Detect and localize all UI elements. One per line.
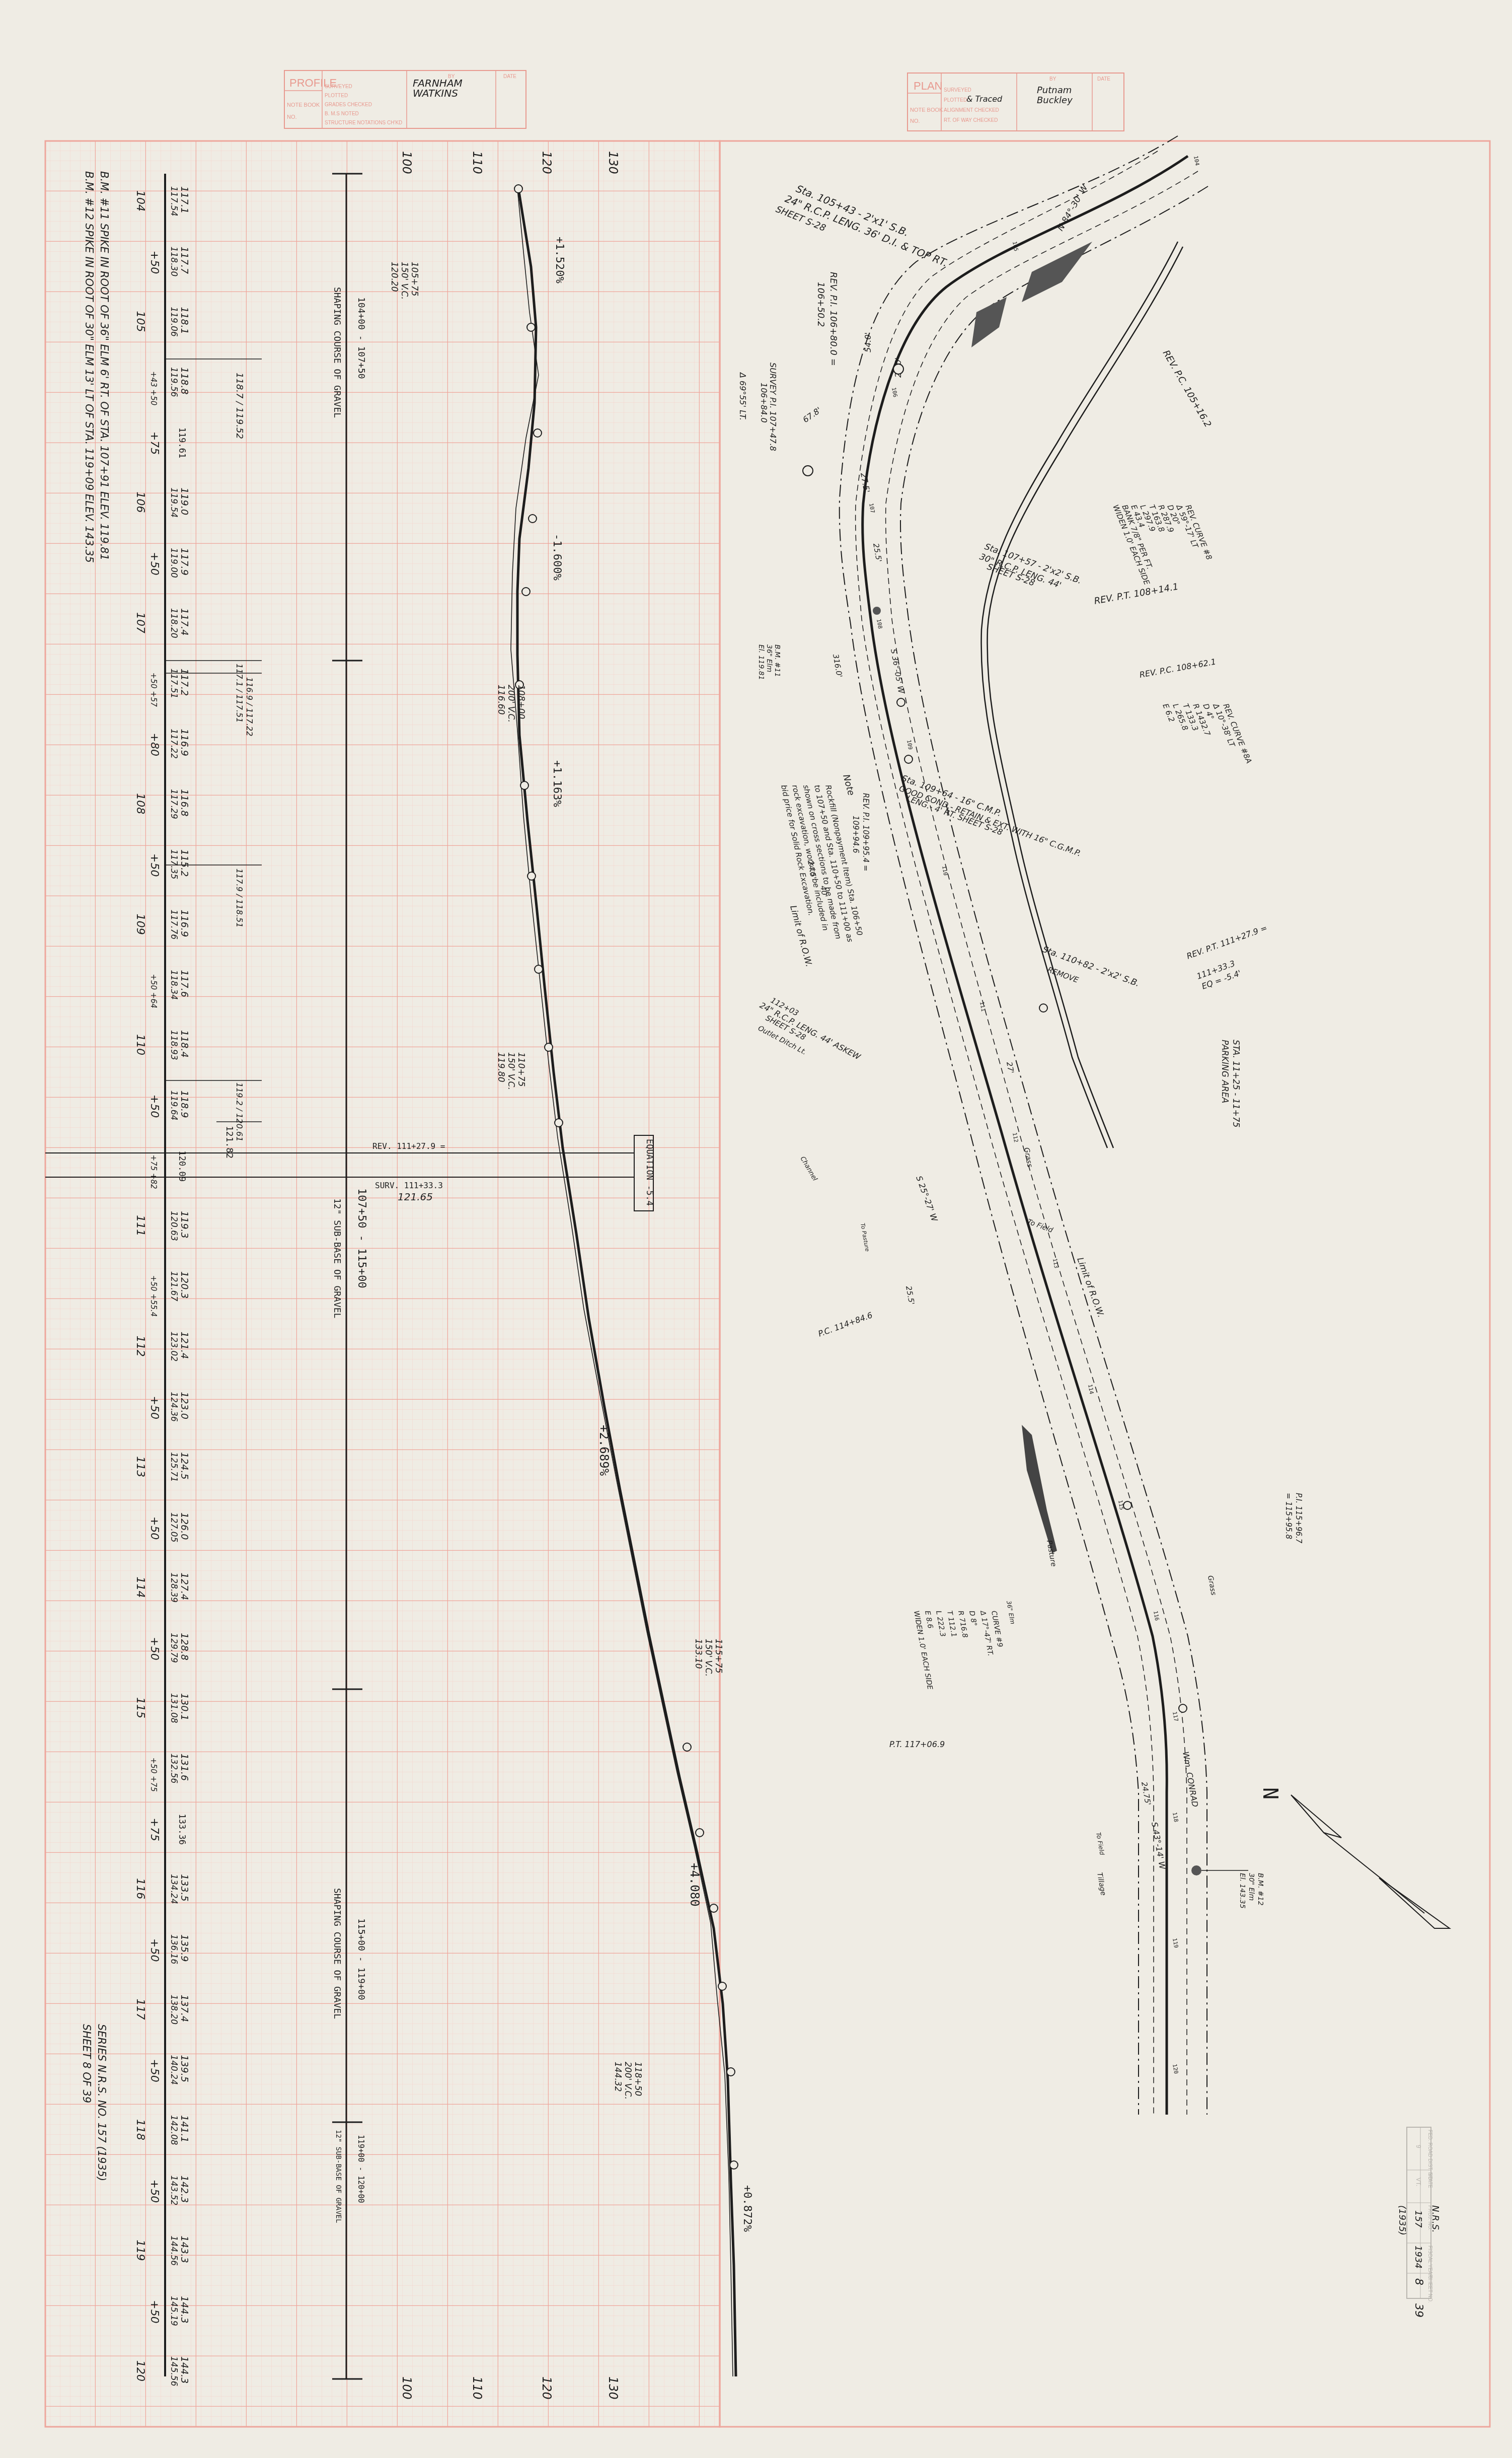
plan-label-rev-pc-105: REV. P.C. 105+16.2 <box>1161 348 1214 429</box>
plan-label-dim-275: 27.5' <box>859 472 872 493</box>
ground-elevation: 118.20 <box>169 608 179 638</box>
plan-label-to-pasture: To Pasture <box>859 1222 871 1252</box>
equation-surv: SURV. 111+33.3 <box>375 1181 443 1190</box>
ground-elevation: 145.19 <box>169 2296 179 2326</box>
bm12-marker <box>1191 1865 1201 1875</box>
grade-elevation: 133.5 <box>179 1874 190 1901</box>
grade-pct-4: +2.689% <box>597 1425 611 1476</box>
svg-text:116.9 / 117.22: 116.9 / 117.22 <box>245 677 254 736</box>
north-arrow: N <box>1258 1787 1450 1928</box>
plan-station-tick: 105 <box>1011 241 1019 252</box>
station-label: +50 <box>148 853 161 877</box>
svg-text:116.60: 116.60 <box>496 685 506 714</box>
ground-elevation: 118.93 <box>169 1030 179 1060</box>
right-row-line <box>900 186 1208 2115</box>
plan-by-header: BY <box>1049 77 1056 82</box>
svg-text:150' V.C.: 150' V.C. <box>399 262 409 300</box>
station-label: 117 <box>134 1999 146 2020</box>
svg-text:8: 8 <box>1412 2278 1425 2285</box>
grade-elevation: 117.2 <box>179 669 190 696</box>
grade-point <box>534 429 542 437</box>
station-label: +50 <box>148 1396 161 1419</box>
ground-elevation: 134.24 <box>169 1874 179 1904</box>
plan-label-pt-117: P.T. 117+06.9 <box>889 1740 945 1749</box>
grade-point <box>730 2161 738 2169</box>
grade-point <box>527 323 535 331</box>
svg-text:130: 130 <box>606 2376 620 2400</box>
series-note: SERIES N.R.S. NO. 157 (1935) <box>96 2024 108 2181</box>
ground-elevation: 129.79 <box>169 1633 179 1662</box>
station-label: 120 <box>134 2360 146 2381</box>
plan-label-rev-pc-108: REV. P.C. 108+62.1 <box>1139 657 1217 679</box>
left-edge-line <box>856 151 1158 2115</box>
plan-block-bm12-box: 30" Elm <box>1247 1873 1255 1901</box>
ground-elevation: 138.20 <box>169 1995 179 2025</box>
profile-row-surveyed: SURVEYED <box>325 84 352 90</box>
ground-elevation: 128.39 <box>169 1573 179 1603</box>
pt-117-point <box>1179 1704 1187 1712</box>
station-label: +50 <box>148 1938 161 1962</box>
station-label: +75 +82 <box>149 1155 158 1189</box>
plan-block-bm11-box: B.M. #11 <box>773 644 781 677</box>
station-label: +50 <box>148 2300 161 2323</box>
plan-station-tick: 106 <box>890 387 898 398</box>
ground-elevation: 118.34 <box>169 970 179 999</box>
plan-block-curve9: E 8.6 <box>923 1610 934 1629</box>
profile-title-block: PROFILE NOTE BOOK NO. BY DATE SURVEYED P… <box>284 70 526 128</box>
grade-point <box>555 1119 563 1127</box>
ground-elevation: 140.24 <box>169 2055 179 2084</box>
grade-point <box>727 2068 735 2076</box>
grade-pct-6: +0.872% <box>741 2185 753 2232</box>
svg-text:120.20: 120.20 <box>389 262 399 292</box>
surfacing-1-range: 104+00 - 107+50 <box>356 297 366 379</box>
ground-elevation: 120.63 <box>169 1211 179 1241</box>
drawing-sheet: PROFILE NOTE BOOK NO. BY DATE SURVEYED P… <box>0 0 1512 2458</box>
plan-station-tick: 107 <box>868 502 876 514</box>
surfacing-4-desc: 12" SUB-BASE OF GRAVEL <box>334 2130 342 2223</box>
ground-elevation: 119.64 <box>169 1091 179 1120</box>
plan-label-limit-row2: Limit of R.O.W. <box>1075 1256 1106 1319</box>
station-label: +43 +50 <box>149 371 158 405</box>
grade-elevation: 117.6 <box>179 970 190 997</box>
svg-text:117.1 / 117.51: 117.1 / 117.51 <box>235 664 244 722</box>
plan-row-alignment: ALIGNMENT CHECKED <box>944 108 999 113</box>
plan-block-curve9: L 222.3 <box>934 1610 947 1637</box>
station-label: 118 <box>134 2119 146 2140</box>
plan-label-survey-pi-c: Δ 69°55' LT. <box>738 372 747 420</box>
svg-text:110: 110 <box>470 2376 484 2400</box>
surfacing-4-range: 119+00 - 120+00 <box>356 2135 365 2203</box>
ground-elevation: 119.61 <box>177 427 187 458</box>
rock-outcrop-1 <box>1022 242 1092 302</box>
plan-label-dim-255b: 25.5' <box>904 1285 916 1306</box>
plan-block-curve9: R 716.8 <box>956 1610 969 1638</box>
plan-label-tillage: Tillage <box>1095 1872 1107 1896</box>
station-label: +50 <box>148 251 161 274</box>
plan-label-grass1: Grass <box>1022 1147 1034 1168</box>
plan-label-sta-109-64b: GOOD COND.- RETAIN & EXT. WITH 16" C.G.M… <box>898 783 1083 858</box>
grade-point <box>545 1043 553 1051</box>
grade-elevation: 116.9 <box>179 910 190 937</box>
grade-point <box>514 185 522 193</box>
grade-elevation: 119.0 <box>179 488 190 515</box>
station-label: 116 <box>134 1878 146 1899</box>
plan-label-rev-pi-109: REV. P.I. 109+95.4 = <box>861 793 870 872</box>
svg-text:(1935): (1935) <box>1397 2205 1407 2235</box>
station-label: 114 <box>134 1577 146 1598</box>
plan-label-dim-27: 27' <box>1005 1061 1016 1074</box>
ground-elevation: 131.08 <box>169 1693 179 1723</box>
station-label: +50 +57 <box>149 673 158 707</box>
fed-road-block: FED. ROAD DIST. NO. STATE PROJ. NO. FISC… <box>1397 2127 1441 2318</box>
plan-traced-note: & Traced <box>966 94 1003 104</box>
plan-station-tick: 119 <box>1171 1937 1179 1948</box>
centerline <box>863 156 1188 2115</box>
svg-text:120: 120 <box>540 2376 554 2400</box>
svg-text:N.R.S.: N.R.S. <box>1430 2205 1441 2233</box>
grade-elevation: 127.4 <box>179 1573 190 1600</box>
equation-label: EQUATION -5.4 <box>644 1139 654 1206</box>
left-row-line <box>840 136 1178 2115</box>
plan-block-bm12-box: El. 143.35 <box>1238 1873 1246 1909</box>
bm12-note: B.M. #12 SPIKE IN ROOT OF 30" ELM 13' LT… <box>83 171 95 563</box>
plan-label-wm-conrad: Wm. CONRAD <box>1181 1751 1200 1808</box>
plan-station-tick: 114 <box>1087 1384 1095 1395</box>
grade-elevation: 139.5 <box>179 2055 190 2082</box>
plan-label-survey-pi: SURVEY P.I. 107+47.8 <box>768 363 778 451</box>
grade-elevation: 116.8 <box>179 789 190 816</box>
ground-elevation: 118.30 <box>169 247 179 276</box>
svg-text:100: 100 <box>400 2376 414 2400</box>
river-bank-2 <box>988 247 1183 1148</box>
equation-elev: 121.65 <box>398 1191 433 1203</box>
grade-elevation: 117.1 <box>179 186 190 213</box>
plan-station-tick: 109 <box>905 739 914 750</box>
svg-text:115+75: 115+75 <box>713 1639 723 1673</box>
plan-station-tick: 108 <box>875 618 883 629</box>
profile-row-plotted: PLOTTED <box>325 93 348 99</box>
station-label: 119 <box>134 2240 146 2261</box>
plan-station-tick: 111 <box>978 1001 987 1012</box>
grade-point <box>522 588 530 596</box>
grade-elevation: 117.7 <box>179 247 190 274</box>
svg-text:150' V.C.: 150' V.C. <box>506 1052 516 1090</box>
plan-section: N Sta. 105+43 - 2'x1' S.B.24" R.C.P. LEN… <box>738 136 1450 2115</box>
grade-point <box>528 515 537 523</box>
bm11-note: B.M. #11 SPIKE IN ROOT OF 36" ELM 6' RT.… <box>98 171 110 560</box>
grade-elevation: 117.9 <box>179 548 190 575</box>
grade-elevation: 144.3 <box>179 2356 190 2383</box>
ground-elevation: 119.54 <box>169 488 179 518</box>
plan-notebook-label: NOTE BOOK <box>910 107 943 113</box>
ground-elevation: 143.52 <box>169 2176 179 2205</box>
plan-label-bearing2: S 36°-05' W <box>889 648 905 695</box>
svg-text:SHEET NO.: SHEET NO. <box>1427 2276 1432 2303</box>
surfacing-2-desc: 12" SUB-BASE OF GRAVEL <box>332 1198 342 1319</box>
plan-label-rev-pt-108: REV. P.T. 108+14.1 <box>1093 582 1179 607</box>
svg-text:110+75: 110+75 <box>516 1052 526 1087</box>
surfacing-3-range: 115+00 - 119+00 <box>356 1918 366 2000</box>
profile-row-grades: GRADES CHECKED <box>325 102 372 108</box>
svg-text:157: 157 <box>1413 2210 1423 2228</box>
bm11-marker <box>873 607 881 615</box>
ground-elevation: 117.54 <box>169 186 179 216</box>
grade-elevation: 118.1 <box>179 307 190 334</box>
svg-text:130: 130 <box>606 151 620 174</box>
profile-plotted-by: WATKINS <box>413 87 458 99</box>
river-bank-1 <box>981 242 1178 1148</box>
profile-notebook-label: NOTE BOOK <box>287 102 320 108</box>
grade-elevation: 121.4 <box>179 1332 190 1359</box>
grade-elevation: 128.8 <box>179 1633 190 1660</box>
plan-label-dim-3160: 316.0' <box>831 654 844 678</box>
plan-station-tick: 113 <box>1051 1258 1060 1269</box>
plan-label-pi-115b: = 115+95.8 <box>1284 1493 1293 1539</box>
grade-elevation: 123.0 <box>179 1392 190 1419</box>
profile-row-bms: B. M.S NOTED <box>325 111 359 117</box>
plan-station-tick: 118 <box>1171 1812 1179 1823</box>
plan-label-elm36: 36" Elm <box>1005 1600 1016 1625</box>
grade-elevation: 118.9 <box>179 1091 190 1118</box>
station-label: 107 <box>134 612 146 633</box>
station-label: 115 <box>134 1697 146 1718</box>
drawing-canvas: PROFILE NOTE BOOK NO. BY DATE SURVEYED P… <box>0 0 1512 2458</box>
grade-point <box>520 781 528 789</box>
plan-border <box>720 141 1490 2427</box>
rev-pi-point <box>803 466 813 476</box>
station-label: 112 <box>134 1336 146 1357</box>
ground-elevation: 125.71 <box>169 1452 179 1482</box>
ground-elevation: 121.67 <box>169 1271 179 1302</box>
ground-elevation: 119.00 <box>169 548 179 577</box>
svg-text:133.10: 133.10 <box>693 1639 703 1669</box>
ground-elevation: 144.56 <box>169 2236 179 2266</box>
plan-row-row: RT. OF WAY CHECKED <box>944 118 998 123</box>
grade-elevation: 130.1 <box>179 1693 190 1720</box>
svg-text:1934: 1934 <box>1413 2246 1423 2269</box>
plan-station-tick: 117 <box>1171 1711 1179 1722</box>
ground-elevation: 119.56 <box>169 367 179 397</box>
plan-title-block: PLAN NOTE BOOK NO. BY DATE SURVEYED PLOT… <box>908 73 1124 131</box>
plan-block-curve9: D 8° <box>967 1610 978 1627</box>
ground-elevation: 133.36 <box>177 1814 187 1845</box>
plan-block-bm12-box: B.M. #12 <box>1256 1873 1264 1906</box>
grade-elevation: 115.2 <box>179 849 190 877</box>
surfacing-1-desc: SHAPING COURSE OF GRAVEL <box>332 287 342 418</box>
plan-label-sta-110-82: Sta. 110+82 - 2'x2' S.B. <box>1041 945 1141 989</box>
plan-label-rev-pi-b: 106+50.2 <box>815 282 826 327</box>
plan-block-label: PLAN <box>914 80 942 92</box>
plan-label-bearing1: N 84°-30' W <box>1055 182 1090 233</box>
plan-plotted-by: Buckley <box>1037 95 1073 106</box>
grade-pct-3: +1.163% <box>551 760 563 807</box>
sheet-note: SHEET 8 OF 39 <box>81 2024 93 2103</box>
pc-114-point <box>1123 1501 1131 1509</box>
svg-text:118+50: 118+50 <box>633 2062 643 2096</box>
plan-station-tick: 112 <box>1011 1132 1019 1143</box>
ground-elevation: 117.22 <box>169 729 179 759</box>
station-label: +50 <box>148 1516 161 1540</box>
svg-text:108+00: 108+00 <box>516 685 526 719</box>
ground-elevation: 119.06 <box>169 307 179 337</box>
plan-block-parking: PARKING AREA <box>1220 1040 1230 1103</box>
plan-row-plotted: PLOTTED <box>944 98 967 103</box>
plan-station-tick: 110 <box>941 865 949 876</box>
grade-elevation: 142.3 <box>179 2176 190 2203</box>
svg-text:118.7 / 119.52: 118.7 / 119.52 <box>234 373 245 439</box>
svg-text:105+75: 105+75 <box>409 262 419 296</box>
plan-station-tick: 120 <box>1171 2063 1179 2074</box>
grade-pct-2: -1.600% <box>551 534 563 581</box>
profile-no-label: NO. <box>287 114 297 120</box>
plan-label-dim-2475: 24.75' <box>1140 1781 1153 1806</box>
plan-label-pi-115: P.I. 115+96.7 <box>1294 1493 1303 1544</box>
plan-label-grass2: Grass <box>1206 1575 1218 1596</box>
svg-text:200' V.C.: 200' V.C. <box>623 2062 633 2100</box>
rock-ledge <box>1022 1425 1057 1553</box>
station-label: +80 <box>148 733 161 756</box>
svg-text:39: 39 <box>1412 2303 1425 2318</box>
grade-point <box>710 1904 718 1912</box>
station-label: +75 <box>148 431 161 455</box>
ground-elevation: 142.08 <box>169 2115 179 2145</box>
svg-text:FISCAL YEAR: FISCAL YEAR <box>1427 2246 1432 2278</box>
plan-label-rev-pi: REV. P.I. 106+80.0 = <box>828 272 839 366</box>
station-label: 106 <box>134 492 146 513</box>
plan-label-survey-pi-b: 106+84.0 <box>759 383 769 423</box>
grade-pct-1: +1.520% <box>553 237 566 283</box>
grade-elevation: 117.4 <box>179 608 190 635</box>
station-label: 108 <box>134 793 146 814</box>
station-label: +50 +55.4 <box>149 1275 158 1317</box>
ground-elevation: 117.76 <box>169 910 179 940</box>
profile-date-header: DATE <box>503 74 516 80</box>
plan-label-pc-114: P.C. 114+84.6 <box>817 1310 874 1339</box>
ground-elevation: 145.56 <box>169 2356 179 2387</box>
grade-elevation: 126.0 <box>179 1512 190 1540</box>
plan-label-channel: Channel <box>799 1155 819 1183</box>
svg-text:119.80: 119.80 <box>496 1052 506 1082</box>
ground-elevation: 117.29 <box>169 789 179 819</box>
plan-label-rev-pt-111: REV. P.T. 111+27.9 = <box>1185 923 1268 961</box>
plan-block-bm11-box: El. 119.81 <box>757 644 765 680</box>
plan-date-header: DATE <box>1097 77 1110 82</box>
station-label: +50 <box>148 2180 161 2203</box>
grade-elevation: 118.4 <box>179 1030 190 1057</box>
plan-label-bearing3: S 25°-27' W <box>914 1175 940 1223</box>
plan-block-parking: STA. 11+25 - 11+75 <box>1231 1040 1241 1127</box>
plan-label-dim-255a: 25.5' <box>871 543 883 563</box>
station-label: +50 <box>148 2059 161 2082</box>
station-label: +50 <box>148 1095 161 1118</box>
station-label: 105 <box>134 311 146 332</box>
plan-station-tick: 116 <box>1152 1610 1160 1621</box>
station-label: +50 <box>148 1637 161 1660</box>
svg-text:9: 9 <box>1415 2145 1422 2148</box>
surfacing-3-desc: SHAPING COURSE OF GRAVEL <box>332 1888 342 2019</box>
ground-elevation: 123.02 <box>169 1332 179 1361</box>
ground-elevation: 124.36 <box>169 1392 179 1422</box>
grade-elevation: 131.6 <box>179 1754 190 1781</box>
plan-label-pasture: Pasture <box>1045 1540 1057 1567</box>
svg-text:N: N <box>1258 1787 1281 1799</box>
plan-no-label: NO. <box>910 118 920 124</box>
plan-label-dim-540: 54.0' <box>863 332 873 352</box>
grade-elevation: 124.5 <box>179 1452 190 1479</box>
svg-text:144.32: 144.32 <box>613 2062 623 2091</box>
grade-point <box>527 872 536 880</box>
station-label: 113 <box>134 1456 146 1477</box>
grade-elevation: 135.9 <box>179 1934 190 1962</box>
svg-text:117.9 / 118.51: 117.9 / 118.51 <box>235 869 244 927</box>
station-label: +50 <box>148 552 161 575</box>
survey-pi-point <box>893 364 903 374</box>
ground-elevation: 136.16 <box>169 1934 179 1965</box>
grade-point <box>535 965 543 973</box>
svg-text:121.82: 121.82 <box>224 1126 235 1159</box>
plan-block-curve9: T 112.1 <box>945 1610 958 1638</box>
station-label: +75 <box>148 1818 161 1841</box>
plan-block-bm11-box: 36" Elm <box>765 644 773 672</box>
grade-elevation: 116.9 <box>179 729 190 756</box>
plan-station-tick: 104 <box>1192 155 1200 166</box>
rock-outcrop-2 <box>971 297 1007 347</box>
station-label: +50 +75 <box>149 1758 158 1792</box>
ground-elevation: 132.56 <box>169 1754 179 1784</box>
grade-point <box>683 1743 691 1751</box>
grade-elevation: 143.3 <box>179 2236 190 2263</box>
svg-text:200' V.C.: 200' V.C. <box>506 685 516 722</box>
grade-elevation: 137.4 <box>179 1995 190 2022</box>
equation-rev: REV. 111+27.9 = <box>372 1141 445 1151</box>
plan-label-sta-105-43b: 24" R.C.P. LENG. 36' D.I. & TOP RT. <box>783 192 949 269</box>
station-label: 104 <box>134 190 146 211</box>
plan-label-dim-678: 67.8' <box>801 405 823 425</box>
plan-label-note-head: Note <box>841 773 856 797</box>
plan-label-rev-pi-109b: 109+94.6 <box>851 816 860 853</box>
svg-text:120: 120 <box>540 151 554 174</box>
station-label: 111 <box>134 1215 146 1236</box>
station-label: 110 <box>134 1034 146 1055</box>
grade-elevation: 141.1 <box>179 2115 190 2142</box>
svg-text:100: 100 <box>400 151 414 174</box>
svg-text:110: 110 <box>470 151 484 174</box>
grade-point <box>718 1982 726 1990</box>
grade-elevation: 144.3 <box>179 2296 190 2323</box>
ground-elevation: 117.35 <box>169 849 179 879</box>
grade-point <box>696 1829 704 1837</box>
station-label: +50 +64 <box>149 974 158 1008</box>
svg-text:119.2 / 120.61: 119.2 / 120.61 <box>235 1082 244 1141</box>
svg-text:VT.: VT. <box>1415 2178 1422 2186</box>
station-label: 109 <box>134 914 146 935</box>
plan-label-to-field2: To Field <box>1095 1832 1106 1856</box>
grade-elevation: 120.3 <box>179 1271 190 1298</box>
svg-text:150' V.C.: 150' V.C. <box>703 1639 713 1677</box>
grade-elevation: 119.3 <box>179 1211 190 1238</box>
ground-elevation: 127.05 <box>169 1512 179 1542</box>
grade-elevation: 118.8 <box>179 367 190 394</box>
plan-label-bearing4: S 43°-14' W <box>1150 1821 1167 1870</box>
grade-pct-5: +4.080 <box>688 1863 702 1907</box>
svg-text:STATE: STATE <box>1427 2173 1432 2188</box>
surfacing-2-range: 107+50 - 115+00 <box>355 1188 368 1288</box>
plan-surveyed-by: Putnam <box>1037 85 1072 96</box>
profile-row-structures: STRUCTURE NOTATIONS CH'KD <box>325 120 402 126</box>
plan-row-surveyed: SURVEYED <box>944 88 971 93</box>
